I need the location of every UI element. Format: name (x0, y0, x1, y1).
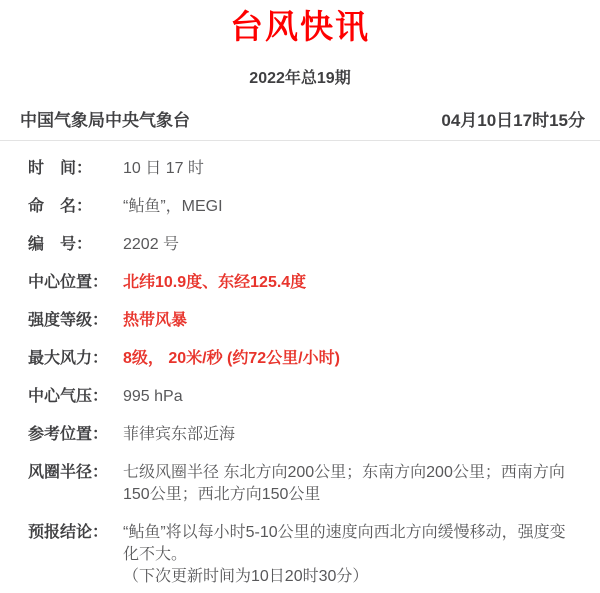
forecast-text: “鲇鱼”将以每小时5-10公里的速度向西北方向缓慢移动，强度变化不大。 (123, 522, 570, 566)
field-label: 强度等级： (28, 310, 123, 332)
field-row-max-wind: 最大风力： 8级， 20米/秒 (约72公里/小时) (28, 348, 572, 370)
next-update-note: （下次更新时间为10日20时30分） (123, 566, 570, 588)
issue-datetime: 04月10日17时15分 (441, 110, 585, 131)
field-label: 最大风力： (28, 348, 123, 370)
field-value: 10 日 17 时 (123, 158, 572, 180)
field-label: 时 间： (28, 158, 123, 180)
field-row-time: 时 间： 10 日 17 时 (28, 158, 572, 180)
field-row-intensity: 强度等级： 热带风暴 (28, 310, 572, 332)
field-value: 995 hPa (123, 386, 572, 408)
field-row-forecast-conclusion: 预报结论： “鲇鱼”将以每小时5-10公里的速度向西北方向缓慢移动，强度变化不大… (28, 522, 572, 588)
field-row-reference-position: 参考位置： 菲律宾东部近海 (28, 424, 572, 446)
field-row-number: 编 号： 2202 号 (28, 234, 572, 256)
typhoon-bulletin: 台风快讯 2022年总19期 中国气象局中央气象台 04月10日17时15分 时… (0, 0, 600, 593)
bulletin-header: 中国气象局中央气象台 04月10日17时15分 (0, 110, 600, 131)
field-label: 风圈半径： (28, 462, 123, 484)
field-value-highlight: 热带风暴 (123, 310, 572, 332)
field-label: 命 名： (28, 196, 123, 218)
field-label: 参考位置： (28, 424, 123, 446)
field-row-wind-circle-radius: 风圈半径： 七级风圈半径 东北方向200公里；东南方向200公里；西南方向150… (28, 462, 572, 506)
field-label: 中心气压： (28, 386, 123, 408)
field-label: 中心位置： (28, 272, 123, 294)
field-row-name: 命 名： “鲇鱼”，MEGI (28, 196, 572, 218)
field-value: 七级风圈半径 东北方向200公里；东南方向200公里；西南方向150公里；西北方… (123, 462, 572, 506)
field-row-central-pressure: 中心气压： 995 hPa (28, 386, 572, 408)
field-label: 预报结论： (28, 522, 123, 544)
field-value-highlight: 8级， 20米/秒 (约72公里/小时) (123, 348, 572, 370)
field-value: 2202 号 (123, 234, 572, 256)
field-value: “鲇鱼”将以每小时5-10公里的速度向西北方向缓慢移动，强度变化不大。 （下次更… (123, 522, 572, 588)
field-list: 时 间： 10 日 17 时 命 名： “鲇鱼”，MEGI 编 号： 2202 … (0, 141, 600, 588)
agency-name: 中国气象局中央气象台 (20, 110, 190, 131)
field-row-center-position: 中心位置： 北纬10.9度、东经125.4度 (28, 272, 572, 294)
field-value: “鲇鱼”，MEGI (123, 196, 572, 218)
issue-number: 2022年总19期 (0, 69, 600, 89)
field-value: 菲律宾东部近海 (123, 424, 572, 446)
field-label: 编 号： (28, 234, 123, 256)
page-title: 台风快讯 (0, 0, 600, 45)
field-value-highlight: 北纬10.9度、东经125.4度 (123, 272, 572, 294)
